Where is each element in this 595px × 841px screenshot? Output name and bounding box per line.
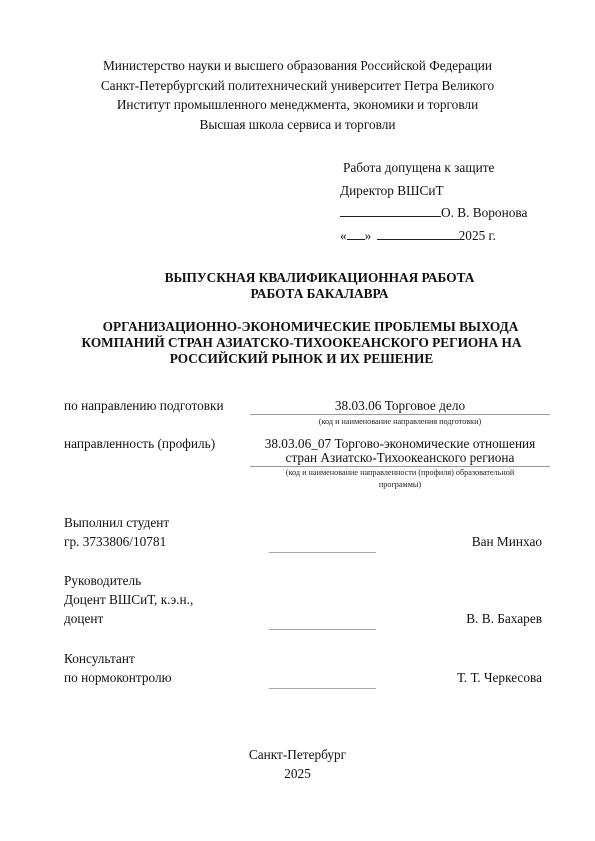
direction-value: 38.03.06 Торговое дело bbox=[250, 397, 550, 415]
supervisor-role: Руководитель bbox=[64, 572, 141, 590]
footer-city: Санкт-Петербург bbox=[0, 745, 595, 764]
university-line: Санкт-Петербургский политехнический унив… bbox=[0, 76, 595, 96]
approval-admitted-text: Работа допущена к защите bbox=[340, 157, 527, 180]
date-open-quote: « bbox=[340, 228, 347, 243]
director-name: О. В. Воронова bbox=[441, 205, 527, 220]
supervisor-signature-line bbox=[269, 629, 376, 630]
institute-line: Институт промышленного менеджмента, экон… bbox=[0, 95, 595, 115]
direction-label: по направлению подготовки bbox=[64, 397, 224, 415]
student-signature-line bbox=[269, 552, 376, 553]
footer: Санкт-Петербург 2025 bbox=[0, 745, 595, 783]
consultant-role: Консультант bbox=[64, 650, 135, 668]
footer-year: 2025 bbox=[0, 764, 595, 783]
student-role: Выполнил студент bbox=[64, 514, 169, 532]
approval-director-signature: О. В. Воронова bbox=[340, 202, 527, 225]
direction-underline bbox=[250, 414, 550, 415]
work-type-heading: ВЫПУСКНАЯ КВАЛИФИКАЦИОННАЯ РАБОТА РАБОТА… bbox=[22, 270, 595, 302]
consultant-name: Т. Т. Черкесова bbox=[457, 669, 542, 687]
approval-director-title: Директор ВШСиТ bbox=[340, 180, 527, 203]
ministry-line: Министерство науки и высшего образования… bbox=[0, 56, 595, 76]
profile-caption-line-2: программы) bbox=[250, 479, 550, 490]
consultant-area: по нормоконтролю bbox=[64, 669, 172, 687]
supervisor-title: доцент bbox=[64, 610, 103, 628]
direction-caption: (код и наименование направления подготов… bbox=[250, 416, 550, 427]
thesis-title-line-1: ОРГАНИЗАЦИОННО-ЭКОНОМИЧЕСКИЕ ПРОБЛЕМЫ ВЫ… bbox=[4, 319, 595, 335]
profile-label: направленность (профиль) bbox=[64, 435, 215, 453]
supervisor-name: В. В. Бахарев bbox=[466, 610, 542, 628]
date-close-quote: » bbox=[365, 228, 372, 243]
profile-value-line-2: стран Азиатско-Тихоокеанского региона bbox=[250, 449, 550, 467]
month-blank-line bbox=[377, 227, 459, 240]
day-blank-line bbox=[347, 227, 365, 240]
profile-caption-line-1: (код и наименование направленности (проф… bbox=[250, 467, 550, 478]
supervisor-position: Доцент ВШСиТ, к.э.н., bbox=[64, 591, 193, 609]
approval-year: 2025 г. bbox=[459, 228, 496, 243]
work-type-line-1: ВЫПУСКНАЯ КВАЛИФИКАЦИОННАЯ РАБОТА bbox=[22, 270, 595, 286]
organization-header: Министерство науки и высшего образования… bbox=[0, 56, 595, 134]
director-signature-line bbox=[340, 204, 441, 217]
thesis-title: ОРГАНИЗАЦИОННО-ЭКОНОМИЧЕСКИЕ ПРОБЛЕМЫ ВЫ… bbox=[4, 319, 595, 367]
student-name: Ван Минхао bbox=[472, 533, 542, 551]
approval-block: Работа допущена к защите Директор ВШСиТ … bbox=[340, 157, 527, 247]
student-group: гр. 3733806/10781 bbox=[64, 533, 166, 551]
consultant-signature-line bbox=[269, 688, 376, 689]
approval-date: «» 2025 г. bbox=[340, 225, 527, 248]
work-type-line-2: РАБОТА БАКАЛАВРА bbox=[22, 286, 595, 302]
thesis-title-line-3: РОССИЙСКИЙ РЫНОК И ИХ РЕШЕНИЕ bbox=[4, 351, 595, 367]
school-line: Высшая школа сервиса и торговли bbox=[0, 115, 595, 135]
thesis-title-line-2: КОМПАНИЙ СТРАН АЗИАТСКО-ТИХООКЕАНСКОГО Р… bbox=[4, 335, 595, 351]
